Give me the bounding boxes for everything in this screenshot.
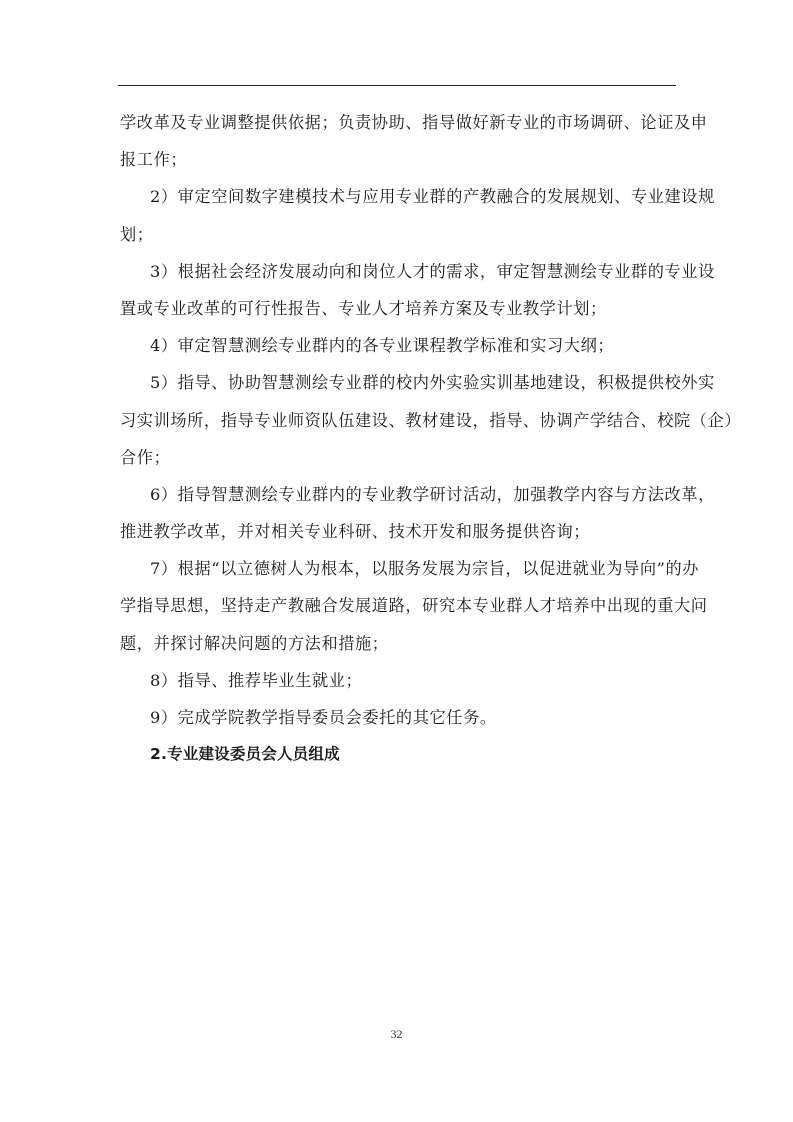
paragraph-line: 推进教学改革，并对相关专业科研、技术开发和服务提供咨询； (120, 513, 676, 550)
paragraph-line: 学改革及专业调整提供依据；负责协助、指导做好新专业的市场调研、论证及申 (120, 104, 676, 141)
paragraph-line: 题，并探讨解决问题的方法和措施； (120, 625, 676, 662)
list-item-8: 8）指导、推荐毕业生就业； (120, 662, 676, 699)
paragraph-line: 置或专业改革的可行性报告、专业人才培养方案及专业教学计划； (120, 290, 676, 327)
paragraph-line: 学指导思想，坚持走产教融合发展道路，研究本专业群人才培养中出现的重大问 (120, 587, 676, 624)
list-item-4: 4）审定智慧测绘专业群内的各专业课程教学标准和实习大纲； (120, 327, 676, 364)
paragraph-line: 合作； (120, 439, 676, 476)
paragraph-line: 习实训场所，指导专业师资队伍建设、教材建设，指导、协调产学结合、校院（企） (120, 402, 676, 439)
list-item-3: 3）根据社会经济发展动向和岗位人才的需求，审定智慧测绘专业群的专业设 (120, 253, 676, 290)
paragraph-line: 报工作； (120, 141, 676, 178)
header-rule (118, 85, 676, 86)
page-number: 32 (0, 1027, 793, 1042)
list-item-9: 9）完成学院教学指导委员会委托的其它任务。 (120, 699, 676, 736)
list-item-5: 5）指导、协助智慧测绘专业群的校内外实验实训基地建设，积极提供校外实 (120, 364, 676, 401)
paragraph-line: 划； (120, 216, 676, 253)
document-body: 学改革及专业调整提供依据；负责协助、指导做好新专业的市场调研、论证及申 报工作；… (120, 104, 676, 773)
list-item-7: 7）根据“以立德树人为根本，以服务发展为宗旨，以促进就业为导向”的办 (120, 550, 676, 587)
list-item-6: 6）指导智慧测绘专业群内的专业教学研讨活动，加强教学内容与方法改革， (120, 476, 676, 513)
list-item-2: 2）审定空间数字建模技术与应用专业群的产教融合的发展规划、专业建设规 (120, 178, 676, 215)
section-heading: 2.专业建设委员会人员组成 (120, 736, 676, 773)
